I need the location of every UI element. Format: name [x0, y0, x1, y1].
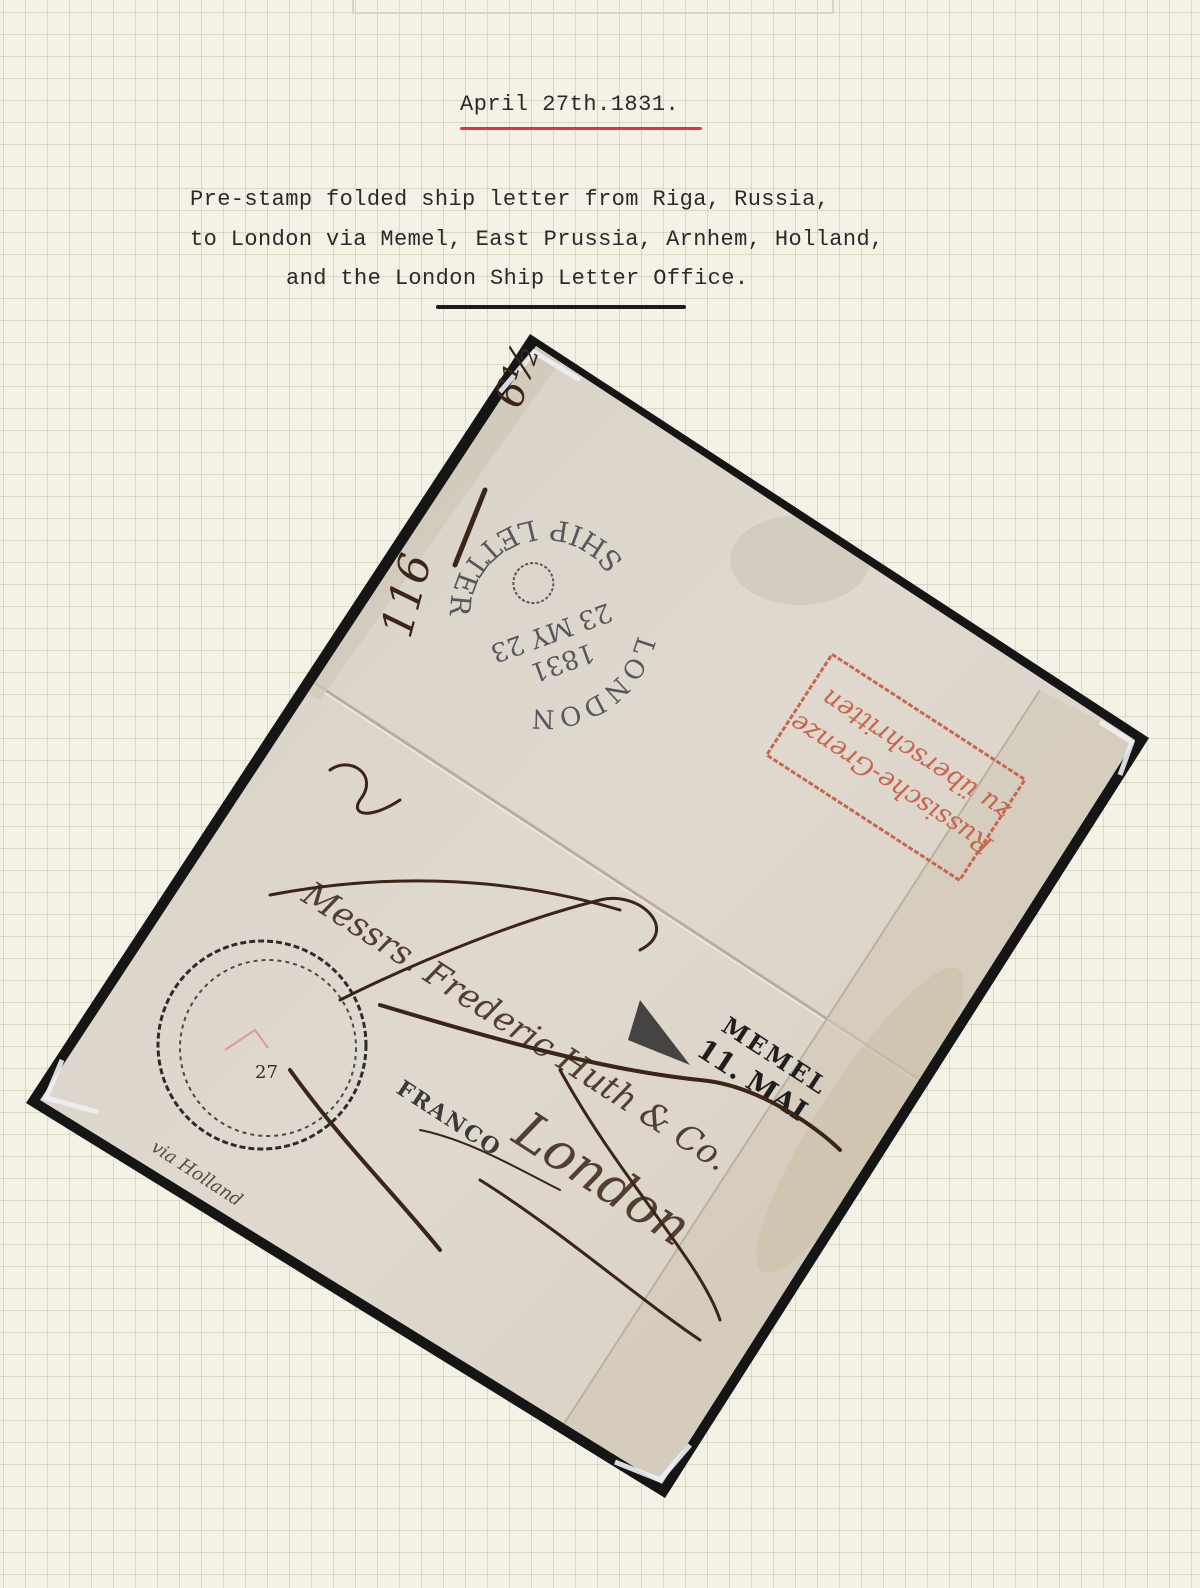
svg-text:27: 27	[255, 1062, 278, 1083]
folded-letter-cover: 6½ 116 SHIP LETTER LONDON 23 MY 23 1831 …	[0, 0, 1200, 1588]
